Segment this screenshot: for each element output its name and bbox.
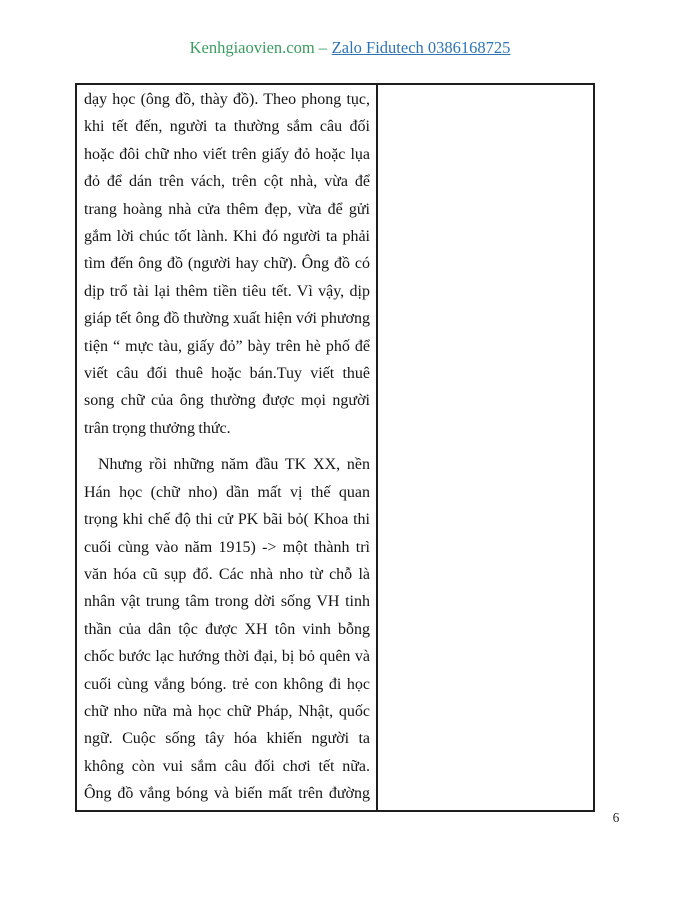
document-page: Kenhgiaovien.com –Zalo Fidutech 03861687… — [0, 0, 700, 906]
text-line: viết câu đối thuê hoặc bán.Tuy viết thuê — [84, 360, 370, 387]
text-line: chữ nho nữa mà học chữ Pháp, Nhật, quốc — [84, 698, 370, 725]
text-line: thần của dân tộc được XH tôn vinh bỗng — [84, 616, 370, 643]
paragraph: dạy học (ông đồ, thày đồ). Theo phong tụ… — [84, 86, 370, 442]
text-line: tìm đến ông đồ (người hay chữ). Ông đồ c… — [84, 250, 370, 277]
text-line: trân trọng thưởng thức. — [84, 415, 370, 442]
text-line: song chữ của ông thường được mọi người — [84, 387, 370, 414]
text-line: Hán học (chữ nho) dần mất vị thế quan — [84, 479, 370, 506]
text-line: ngữ. Cuộc sống tây hóa khiến người ta — [84, 725, 370, 752]
text-line: Nhưng rồi những năm đầu TK XX, nền — [84, 451, 370, 478]
text-line: nhân vật trung tâm trong dời sống VH tin… — [84, 588, 370, 615]
site-name-text: Kenhgiaovien.com – — [190, 38, 327, 57]
text-line: trọng khi chế độ thi cử PK bãi bỏ( Khoa … — [84, 506, 370, 533]
document-table: dạy học (ông đồ, thày đồ). Theo phong tụ… — [75, 83, 595, 812]
paragraph: Nhưng rồi những năm đầu TK XX, nềnHán họ… — [84, 451, 370, 807]
text-line: đỏ để dán trên vách, trên cột nhà, vừa đ… — [84, 168, 370, 195]
text-line: gắm lời chúc tốt lành. Khi đó người ta p… — [84, 223, 370, 250]
text-line: trang hoàng nhà cửa thêm đẹp, vừa để gửi — [84, 196, 370, 223]
text-line: cuối cùng vào năm 1915) -> một thành trì — [84, 534, 370, 561]
text-line: dạy học (ông đồ, thày đồ). Theo phong tụ… — [84, 86, 370, 113]
text-line: dịp trổ tài lại thêm tiền tiêu tết. Vì v… — [84, 278, 370, 305]
text-line: tiện “ mực tàu, giấy đỏ” bày trên hè phố… — [84, 333, 370, 360]
contact-link[interactable]: Zalo Fidutech 0386168725 — [332, 38, 511, 57]
text-line: chốc bước lạc hướng thời đại, bị bỏ quên… — [84, 643, 370, 670]
text-line: giáp tết ông đồ thường xuất hiện với phư… — [84, 305, 370, 332]
text-line: cuối cùng vắng bóng. trẻ con không đi họ… — [84, 671, 370, 698]
text-line: văn hóa cũ sụp đổ. Các nhà nho từ chỗ là — [84, 561, 370, 588]
text-line: hoặc đôi chữ nho viết trên giấy đỏ hoặc … — [84, 141, 370, 168]
text-line: Ông đồ vắng bóng và biến mất trên đường — [84, 780, 370, 807]
text-line: không còn vui sắm câu đối chơi tết nữa. — [84, 753, 370, 780]
page-number: 6 — [604, 810, 628, 826]
table-cell-right — [378, 85, 593, 810]
page-header: Kenhgiaovien.com –Zalo Fidutech 03861687… — [0, 38, 700, 58]
text-line: khi tết đến, người ta thường sắm câu đối — [84, 113, 370, 140]
table-cell-left: dạy học (ông đồ, thày đồ). Theo phong tụ… — [77, 85, 378, 810]
